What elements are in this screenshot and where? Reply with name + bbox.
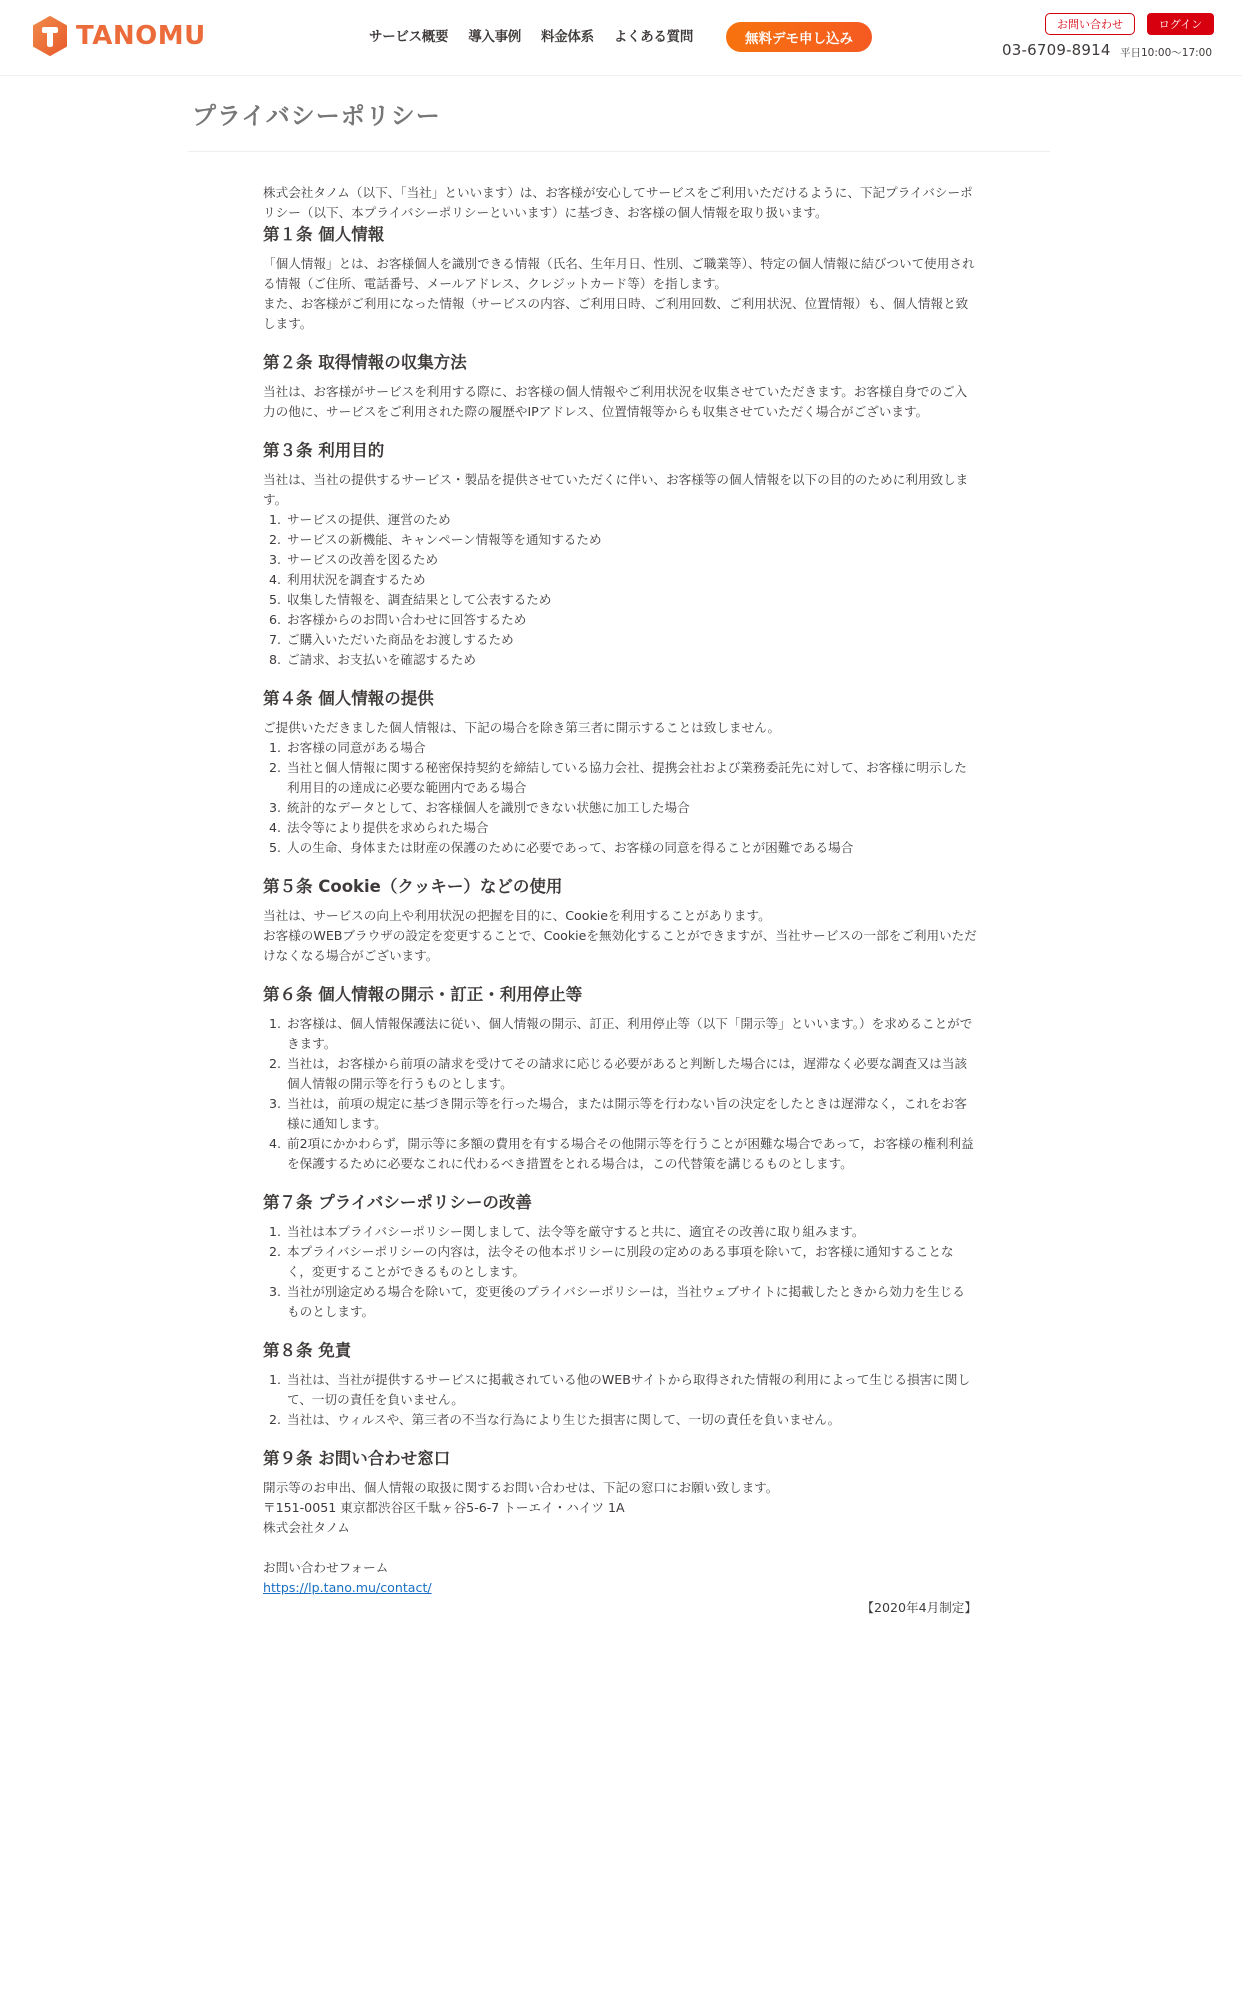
list-item: 3.当社は，前項の規定に基づき開示等を行った場合，または開示等を行わない旨の決定… — [263, 1094, 977, 1134]
list-item: 2.サービスの新機能、キャンペーン情報等を通知するため — [263, 530, 977, 550]
list-item: 2.当社は，お客様から前項の請求を受けてその請求に応じる必要があると判断した場合… — [263, 1054, 977, 1094]
list-item: 2.当社は、ウィルスや、第三者の不当な行為により生じた損害に関して、一切の責任を… — [263, 1410, 977, 1430]
contact-form-link[interactable]: https://lp.tano.mu/contact/ — [263, 1580, 432, 1595]
list-item: 5.人の生命、身体または財産の保護のために必要であって、お客様の同意を得ることが… — [263, 838, 977, 858]
company-name: 株式会社タノム — [263, 1518, 977, 1538]
list-item: 3.サービスの改善を図るため — [263, 550, 977, 570]
article-paragraph: お客様のWEBブラウザの設定を変更することで、Cookieを無効化することができ… — [263, 926, 977, 966]
article-heading: 第８条 免責 — [263, 1339, 977, 1363]
article-heading: 第２条 取得情報の収集方法 — [263, 351, 977, 375]
article-heading: 第５条 Cookie（クッキー）などの使用 — [263, 875, 977, 899]
article-7: 第７条 プライバシーポリシーの改善 1.当社は本プライバシーポリシー関しまして、… — [263, 1191, 977, 1322]
article-heading: 第９条 お問い合わせ窓口 — [263, 1447, 977, 1471]
article-2: 第２条 取得情報の収集方法 当社は、お客様がサービスを利用する際に、お客様の個人… — [263, 351, 977, 422]
login-button[interactable]: ログイン — [1147, 13, 1214, 35]
article-paragraph: 開示等のお申出、個人情報の取扱に関するお問い合わせは、下記の窓口にお願い致します… — [263, 1478, 977, 1498]
spacer — [263, 1538, 977, 1558]
article-heading: 第６条 個人情報の開示・訂正・利用停止等 — [263, 983, 977, 1007]
article-9: 第９条 お問い合わせ窓口 開示等のお申出、個人情報の取扱に関するお問い合わせは、… — [263, 1447, 977, 1618]
logo-link[interactable]: TANOMU — [32, 16, 206, 56]
list-item: 1.サービスの提供、運営のため — [263, 510, 977, 530]
nav-case-studies[interactable]: 導入事例 — [468, 25, 521, 45]
list-item: 8.ご請求、お支払いを確認するため — [263, 650, 977, 670]
list-item: 4.利用状況を調査するため — [263, 570, 977, 590]
list-item: 1.当社は、当社が提供するサービスに掲載されている他のWEBサイトから取得された… — [263, 1370, 977, 1410]
article-3: 第３条 利用目的 当社は、当社の提供するサービス・製品を提供させていただくに伴い… — [263, 439, 977, 670]
article-paragraph: 当社は、サービスの向上や利用状況の把握を目的に、Cookieを利用することがあり… — [263, 906, 977, 926]
list-item: 1.当社は本プライバシーポリシー関しまして、法令等を厳守すると共に、適宜その改善… — [263, 1222, 977, 1242]
postal-address: 〒151-0051 東京都渋谷区千駄ヶ谷5-6-7 トーエイ・ハイツ 1A — [263, 1498, 977, 1518]
nav-pricing[interactable]: 料金体系 — [541, 25, 594, 45]
article-6: 第６条 個人情報の開示・訂正・利用停止等 1.お客様は、個人情報保護法に従い、個… — [263, 983, 977, 1174]
list-item: 3.当社が別途定める場合を除いて，変更後のプライバシーポリシーは，当社ウェブサイ… — [263, 1282, 977, 1322]
list-item: 5.収集した情報を、調査結果として公表するため — [263, 590, 977, 610]
list-item: 4.法令等により提供を求められた場合 — [263, 818, 977, 838]
list-item: 7.ご購入いただいた商品をお渡しするため — [263, 630, 977, 650]
article-paragraph: 当社は、お客様がサービスを利用する際に、お客様の個人情報やご利用状況を収集させて… — [263, 382, 977, 422]
disclaimer-list: 1.当社は、当社が提供するサービスに掲載されている他のWEBサイトから取得された… — [263, 1370, 977, 1430]
nav-service-overview[interactable]: サービス概要 — [369, 25, 448, 45]
policy-content: 株式会社タノム（以下、「当社」といいます）は、お客様が安心してサービスをご利用い… — [263, 183, 977, 1635]
list-item: 4.前2項にかかわらず，開示等に多額の費用を有する場合その他開示等を行うことが困… — [263, 1134, 977, 1174]
contact-button[interactable]: お問い合わせ — [1045, 13, 1135, 35]
list-item: 3.統計的なデータとして、お客様個人を識別できない状態に加工した場合 — [263, 798, 977, 818]
purpose-list: 1.サービスの提供、運営のため 2.サービスの新機能、キャンペーン情報等を通知す… — [263, 510, 977, 670]
title-divider — [188, 151, 1050, 152]
list-item: 1.お客様の同意がある場合 — [263, 738, 977, 758]
site-header: TANOMU サービス概要 導入事例 料金体系 よくある質問 無料デモ申し込み … — [0, 0, 1242, 76]
article-paragraph: ご提供いただきました個人情報は、下記の場合を除き第三者に開示することは致しません… — [263, 718, 977, 738]
article-paragraph: 当社は、当社の提供するサービス・製品を提供させていただくに伴い、お客様等の個人情… — [263, 470, 977, 510]
article-8: 第８条 免責 1.当社は、当社が提供するサービスに掲載されている他のWEBサイト… — [263, 1339, 977, 1430]
article-heading: 第４条 個人情報の提供 — [263, 687, 977, 711]
phone-number: 03-6709-8914 — [1002, 41, 1111, 59]
article-paragraph: 「個人情報」とは、お客様個人を識別できる情報（氏名、生年月日、性別、ご職業等）、… — [263, 254, 977, 294]
article-1: 第１条 個人情報 「個人情報」とは、お客様個人を識別できる情報（氏名、生年月日、… — [263, 223, 977, 334]
list-item: 1.お客様は、個人情報保護法に従い、個人情報の開示、訂正、利用停止等（以下「開示… — [263, 1014, 977, 1054]
main-nav: サービス概要 導入事例 料金体系 よくある質問 — [369, 25, 693, 45]
free-demo-button[interactable]: 無料デモ申し込み — [726, 22, 872, 52]
article-heading: 第７条 プライバシーポリシーの改善 — [263, 1191, 977, 1215]
article-heading: 第１条 個人情報 — [263, 223, 977, 247]
disclosure-exceptions-list: 1.お客様の同意がある場合 2.当社と個人情報に関する秘密保持契約を締結している… — [263, 738, 977, 858]
disclosure-rights-list: 1.お客様は、個人情報保護法に従い、個人情報の開示、訂正、利用停止等（以下「開示… — [263, 1014, 977, 1174]
article-5: 第５条 Cookie（クッキー）などの使用 当社は、サービスの向上や利用状況の把… — [263, 875, 977, 966]
list-item: 2.本プライバシーポリシーの内容は，法令その他本ポリシーに別段の定めのある事項を… — [263, 1242, 977, 1282]
contact-form-label: お問い合わせフォーム — [263, 1558, 977, 1578]
page-title: プライバシーポリシー — [192, 96, 441, 131]
policy-improvement-list: 1.当社は本プライバシーポリシー関しまして、法令等を厳守すると共に、適宜その改善… — [263, 1222, 977, 1322]
enacted-date: 【2020年4月制定】 — [263, 1598, 977, 1618]
list-item: 6.お客様からのお問い合わせに回答するため — [263, 610, 977, 630]
article-4: 第４条 個人情報の提供 ご提供いただきました個人情報は、下記の場合を除き第三者に… — [263, 687, 977, 858]
tanomu-logo-icon — [32, 16, 68, 56]
nav-faq[interactable]: よくある質問 — [614, 25, 693, 45]
article-heading: 第３条 利用目的 — [263, 439, 977, 463]
article-paragraph: また、お客様がご利用になった情報（サービスの内容、ご利用日時、ご利用回数、ご利用… — [263, 294, 977, 334]
list-item: 2.当社と個人情報に関する秘密保持契約を締結している協力会社、提携会社および業務… — [263, 758, 977, 798]
intro-paragraph: 株式会社タノム（以下、「当社」といいます）は、お客様が安心してサービスをご利用い… — [263, 183, 977, 223]
logo-text: TANOMU — [76, 21, 206, 51]
business-hours: 平日10:00～17:00 — [1120, 45, 1212, 60]
